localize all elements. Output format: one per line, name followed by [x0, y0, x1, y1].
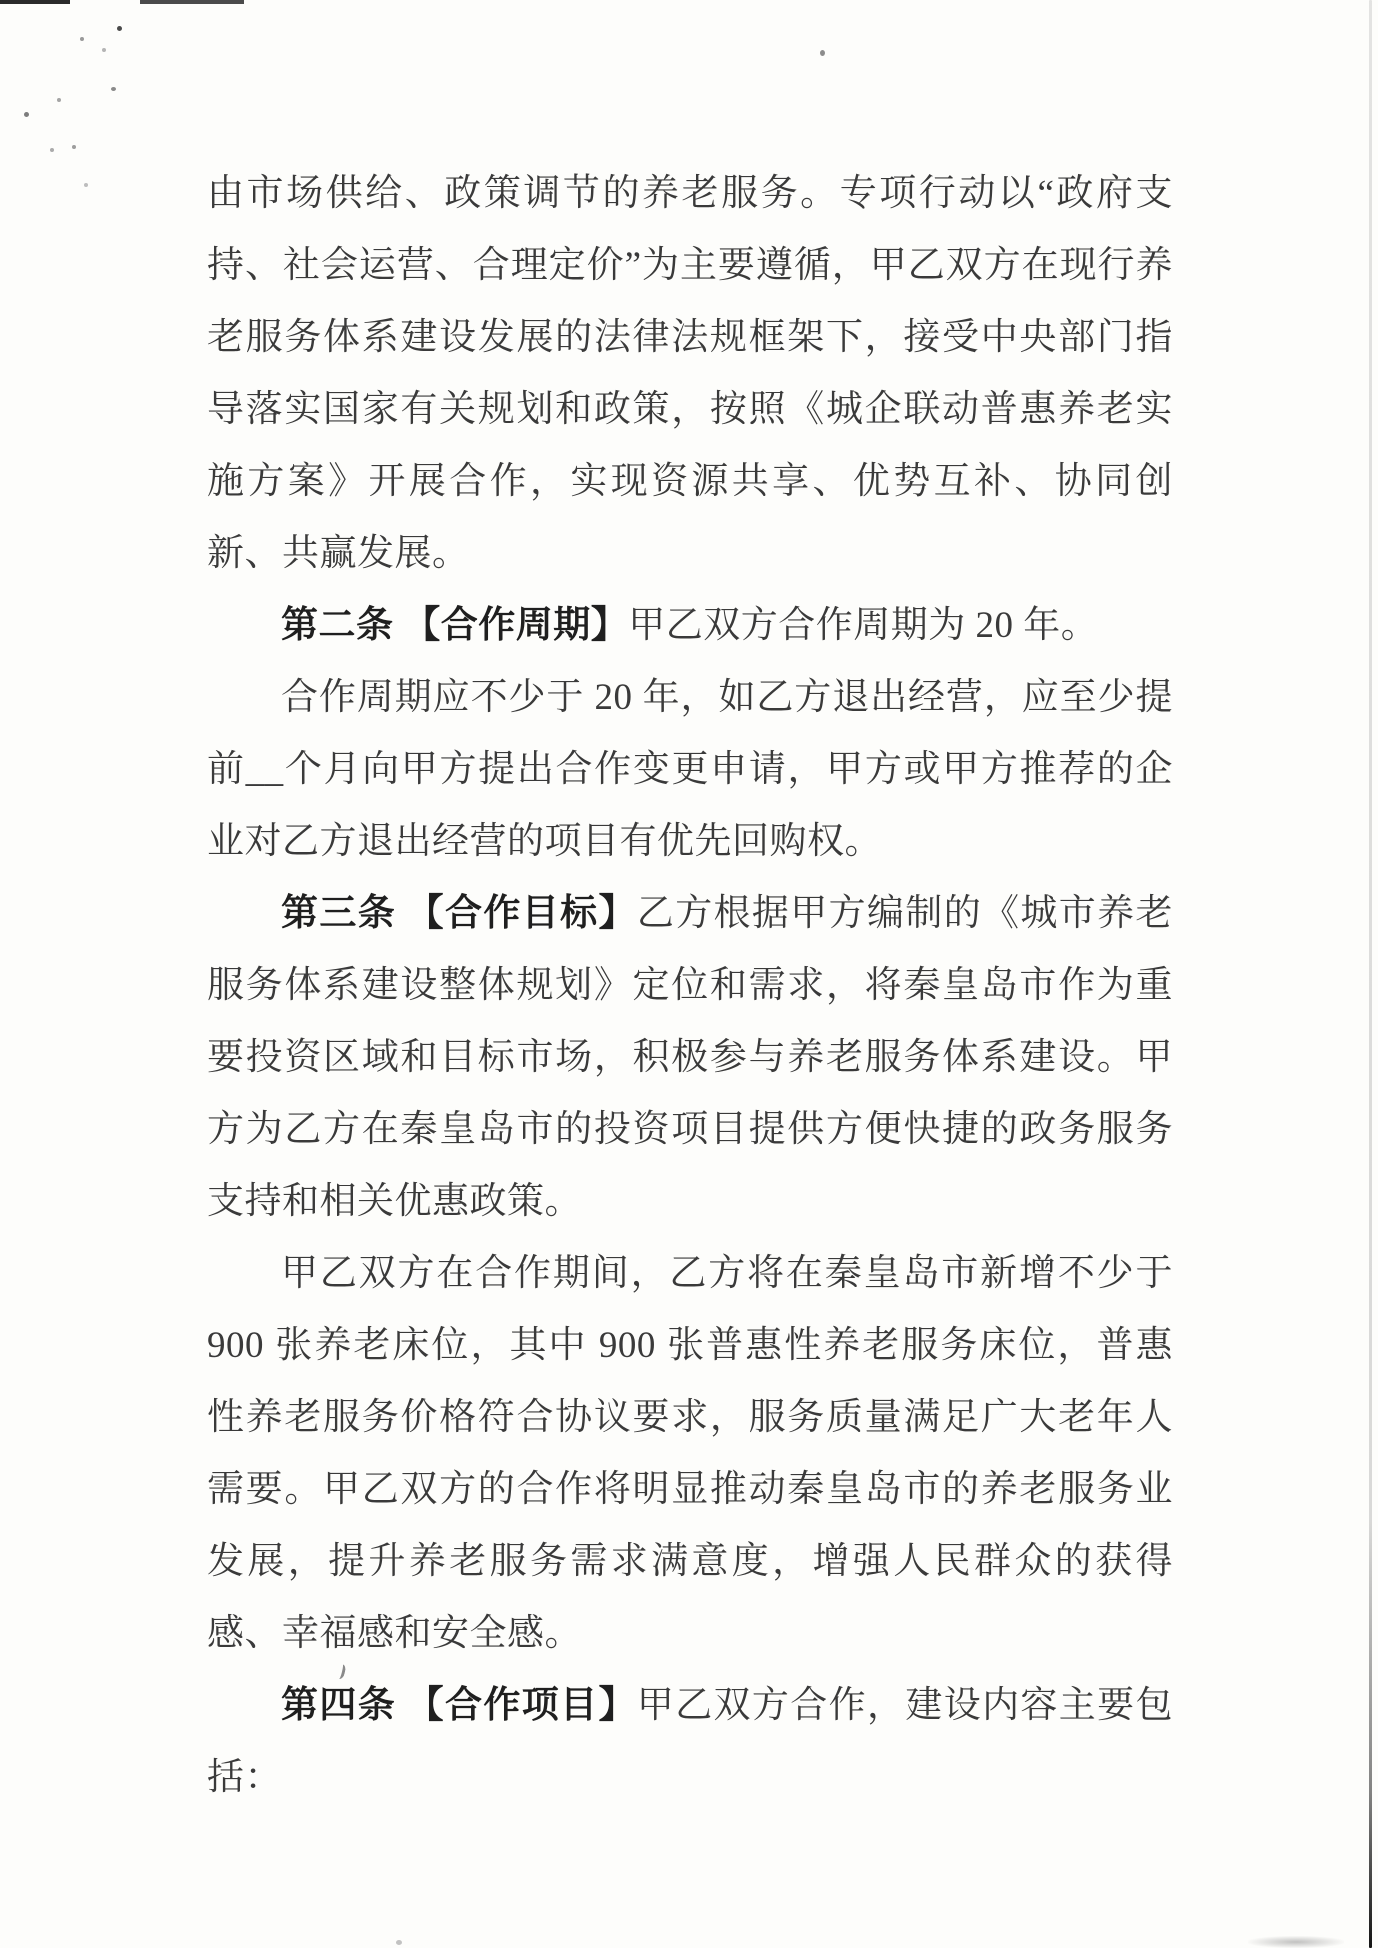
- scan-speck: [111, 87, 116, 91]
- paragraph-intro-body: 由市场供给、政策调节的养老服务。专项行动以“政府支持、社会运营、合理定价”为主要…: [207, 173, 1173, 574]
- paragraph-clause-3: 第三条 【合作目标】乙方根据甲方编制的《城市养老服务体系建设整体规划》定位和需求…: [207, 878, 1173, 1238]
- clause-4-heading: 第四条 【合作项目】: [281, 1685, 637, 1726]
- paragraph-clause-2-detail: 合作周期应不少于 20 年，如乙方退出经营，应至少提前__个月向甲方提出合作变更…: [207, 662, 1173, 878]
- scan-speck: [84, 183, 88, 187]
- scan-speck: [80, 37, 84, 41]
- scan-right-edge-line: [1369, 0, 1372, 1948]
- paragraph-intro: 由市场供给、政策调节的养老服务。专项行动以“政府支持、社会运营、合理定价”为主要…: [207, 158, 1173, 590]
- scan-speck: [50, 148, 54, 152]
- scan-edge-strip: [0, 0, 70, 4]
- paragraph-clause-2: 第二条 【合作周期】甲乙双方合作周期为 20 年。: [207, 590, 1173, 662]
- contract-text: 由市场供给、政策调节的养老服务。专项行动以“政府支持、社会运营、合理定价”为主要…: [207, 158, 1173, 1814]
- clause-2-heading: 第二条 【合作周期】: [281, 605, 628, 646]
- scan-speck: [102, 48, 106, 52]
- paragraph-clause-4: 第四条 【合作项目】甲乙双方合作，建设内容主要包括：: [207, 1670, 1173, 1814]
- clause-3-detail-body: 甲乙双方在合作期间，乙方将在秦皇岛市新增不少于 900 张养老床位，其中 900…: [207, 1253, 1173, 1654]
- paragraph-clause-3-detail: 甲乙双方在合作期间，乙方将在秦皇岛市新增不少于 900 张养老床位，其中 900…: [207, 1238, 1173, 1670]
- scanned-contract-page: 由市场供给、政策调节的养老服务。专项行动以“政府支持、社会运营、合理定价”为主要…: [0, 0, 1378, 1948]
- scan-speck: [57, 98, 61, 102]
- scan-edge-strip: [140, 0, 244, 4]
- scan-speck: [820, 50, 825, 56]
- scan-speck: [117, 26, 122, 31]
- clause-3-body: 乙方根据甲方编制的《城市养老服务体系建设整体规划》定位和需求，将秦皇岛市作为重要…: [207, 893, 1173, 1222]
- clause-2-body: 甲乙双方合作周期为 20 年。: [628, 605, 1098, 646]
- scan-speck: [24, 112, 29, 117]
- scan-speck: [72, 145, 76, 149]
- clause-2-detail-body: 合作周期应不少于 20 年，如乙方退出经营，应至少提前__个月向甲方提出合作变更…: [207, 677, 1173, 862]
- scan-corner-smudge: [1248, 1936, 1344, 1948]
- scan-speck: [396, 1940, 402, 1945]
- clause-3-heading: 第三条 【合作目标】: [281, 893, 637, 934]
